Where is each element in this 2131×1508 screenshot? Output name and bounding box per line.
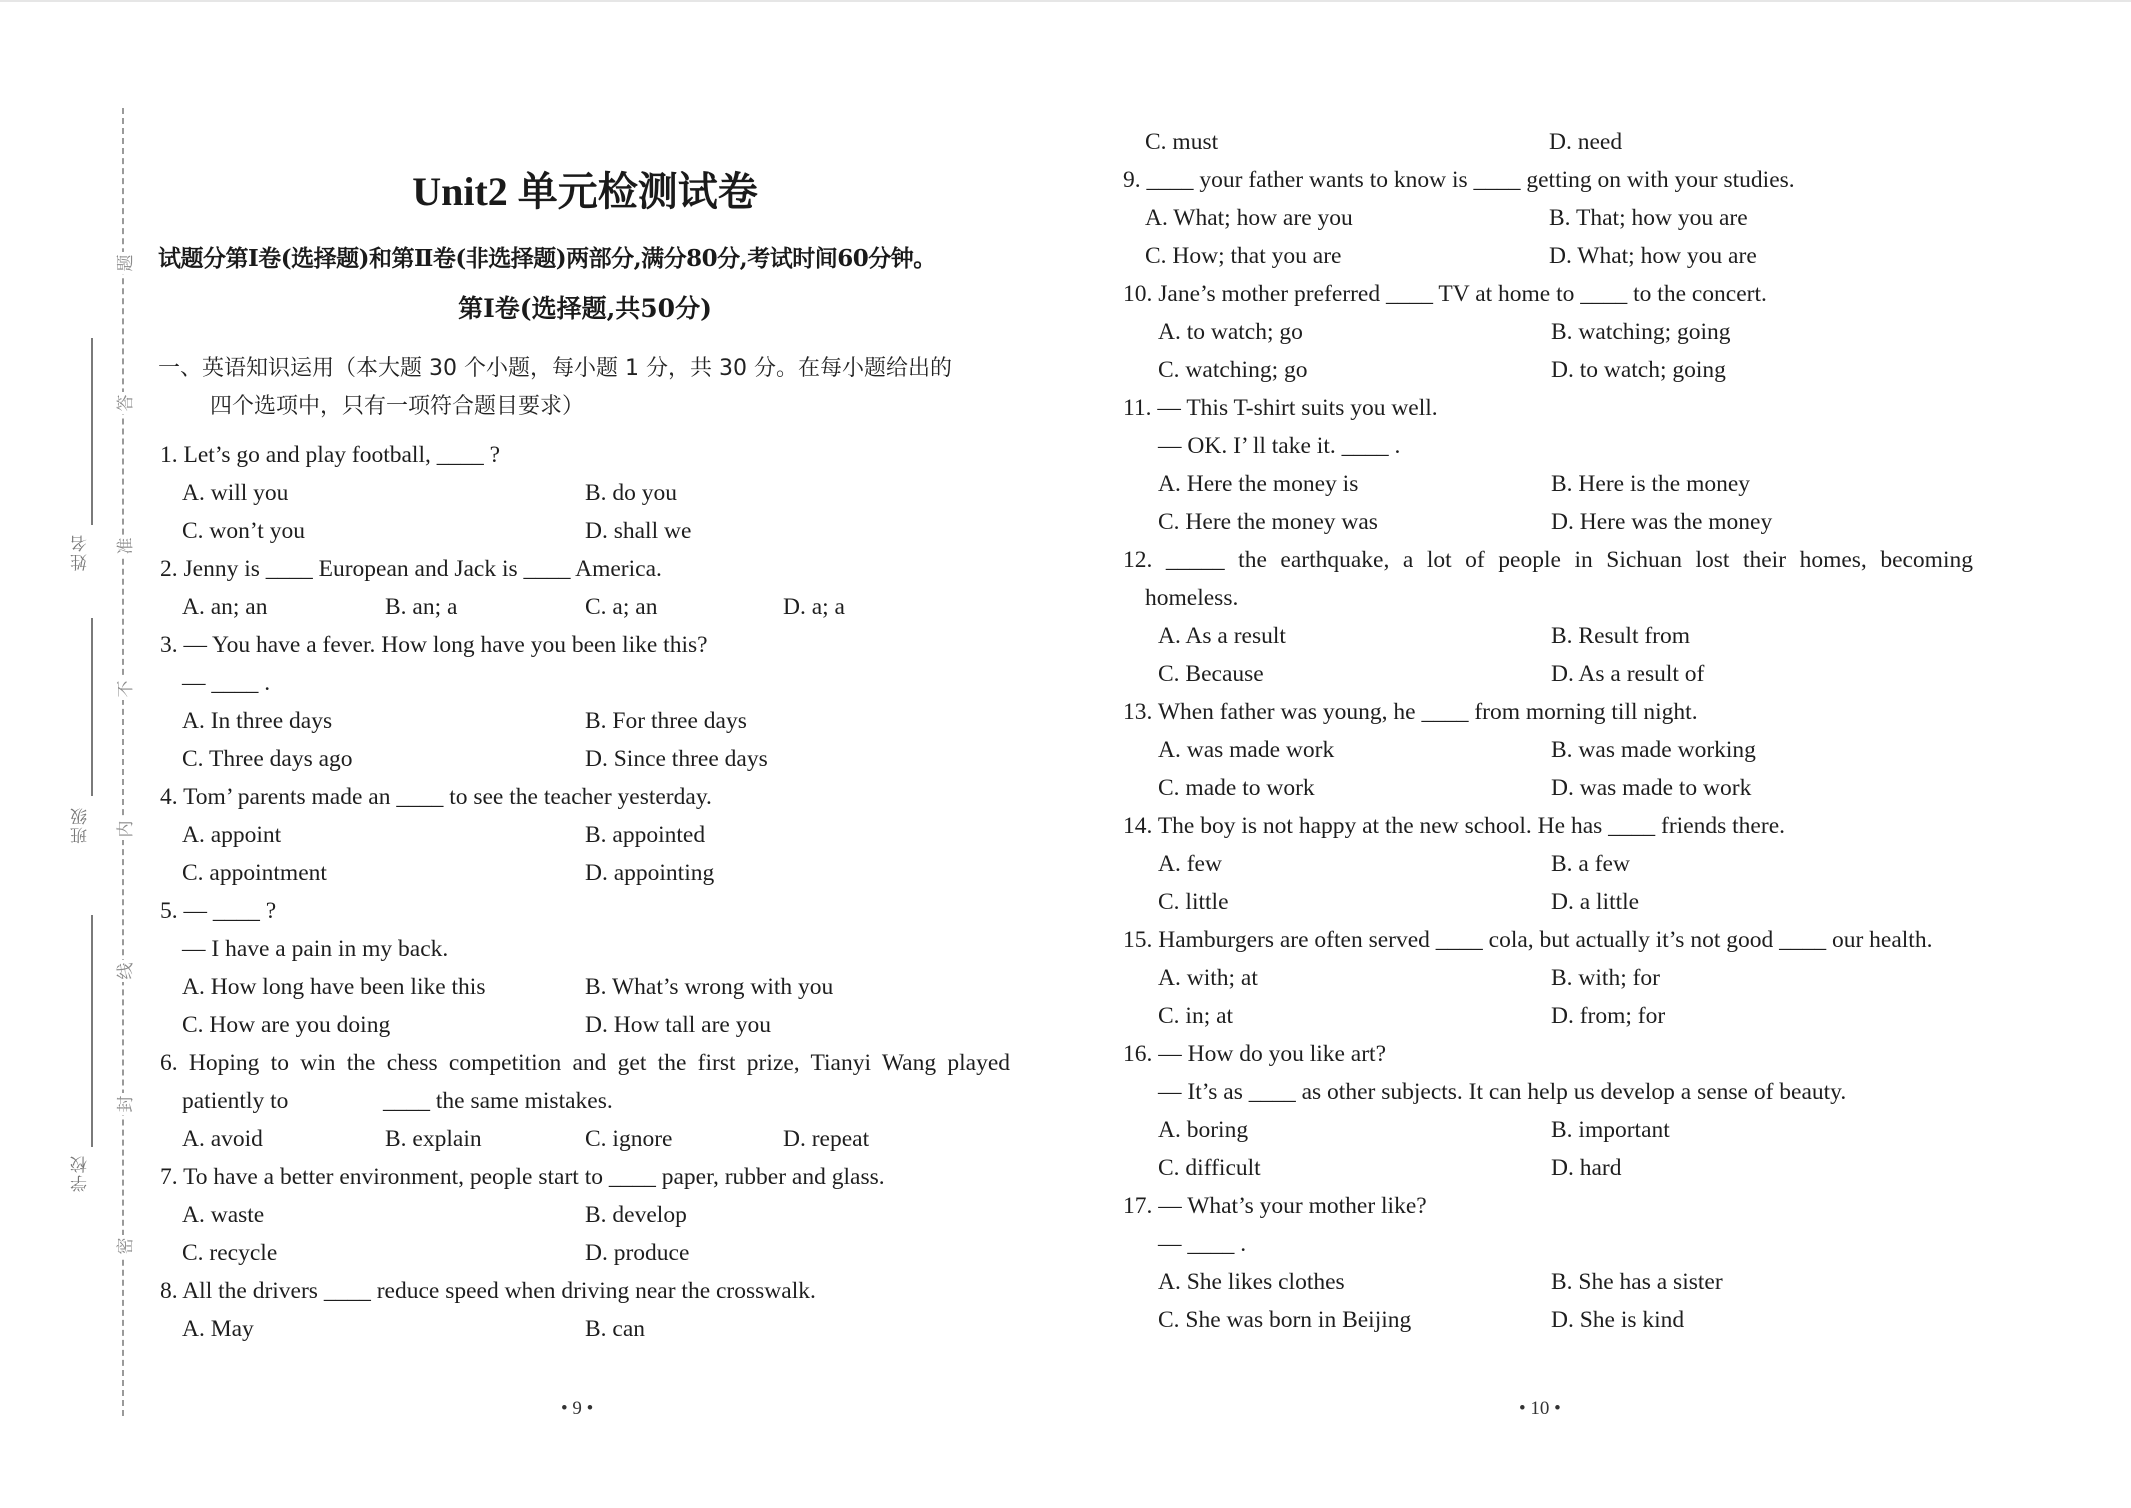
option-a[interactable]: A. Here the money is <box>1158 469 1358 499</box>
page-number-left: • 9 • <box>561 1398 593 1420</box>
option-b[interactable]: B. Here is the money <box>1551 469 1750 499</box>
option-b[interactable]: B. important <box>1551 1115 1670 1145</box>
option-c[interactable]: C. difficult <box>1158 1153 1261 1183</box>
question-stem: 17. — What’s your mother like? <box>1123 1191 1427 1221</box>
question-stem-cont-a: patiently to <box>182 1086 288 1116</box>
option-c[interactable]: C. recycle <box>182 1238 277 1268</box>
dialog-reply: — ____ . <box>1158 1229 1246 1259</box>
option-a[interactable]: A. How long have been like this <box>182 972 485 1002</box>
question-stem: 5. — ____ ? <box>160 896 276 926</box>
option-d[interactable]: D. hard <box>1551 1153 1621 1183</box>
option-c[interactable]: C. won’t you <box>182 516 305 546</box>
question-stem: 10. Jane’s mother preferred ____ TV at h… <box>1123 279 1767 309</box>
dialog-reply: — It’s as ____ as other subjects. It can… <box>1158 1077 1846 1107</box>
question-stem: 8. All the drivers ____ reduce speed whe… <box>160 1276 816 1306</box>
seal-char-mi: 密 <box>112 1235 134 1257</box>
option-d[interactable]: D. She is kind <box>1551 1305 1684 1335</box>
option-d[interactable]: D. need <box>1549 127 1622 157</box>
class-label: 班级 <box>68 806 92 844</box>
option-d[interactable]: D. repeat <box>783 1124 869 1154</box>
option-d[interactable]: D. from; for <box>1551 1001 1665 1031</box>
option-c[interactable]: C. made to work <box>1158 773 1315 803</box>
part-heading-line2: 四个选项中，只有一项符合题目要求） <box>158 388 1018 426</box>
option-a[interactable]: A. In three days <box>182 706 332 736</box>
option-b[interactable]: B. For three days <box>585 706 747 736</box>
seal-char-nei: 内 <box>112 818 134 840</box>
option-d[interactable]: D. to watch; going <box>1551 355 1726 385</box>
seal-char-feng: 封 <box>112 1093 134 1115</box>
option-a[interactable]: A. avoid <box>182 1124 263 1154</box>
option-a[interactable]: A. waste <box>182 1200 264 1230</box>
option-d[interactable]: D. As a result of <box>1551 659 1704 689</box>
school-label: 学校 <box>68 1154 92 1192</box>
option-d[interactable]: D. a little <box>1551 887 1639 917</box>
section-title: 第Ⅰ卷(选择题,共50分) <box>160 289 1010 325</box>
option-c[interactable]: C. little <box>1158 887 1229 917</box>
option-a[interactable]: A. to watch; go <box>1158 317 1303 347</box>
question-stem-cont: homeless. <box>1145 583 1238 613</box>
option-a[interactable]: A. boring <box>1158 1115 1248 1145</box>
option-a[interactable]: A. with; at <box>1158 963 1258 993</box>
option-b[interactable]: B. do you <box>585 478 677 508</box>
option-c[interactable]: C. a; an <box>585 592 657 622</box>
question-stem: 3. — You have a fever. How long have you… <box>160 630 708 660</box>
option-d[interactable]: D. produce <box>585 1238 689 1268</box>
option-a[interactable]: A. As a result <box>1158 621 1286 651</box>
option-c[interactable]: C. How are you doing <box>182 1010 390 1040</box>
question-stem: 2. Jenny is ____ European and Jack is __… <box>160 554 662 584</box>
option-b[interactable]: B. can <box>585 1314 645 1344</box>
option-d[interactable]: D. was made to work <box>1551 773 1751 803</box>
dialog-reply: — ____ . <box>182 668 270 698</box>
option-c[interactable]: C. She was born in Beijing <box>1158 1305 1411 1335</box>
option-d[interactable]: D. Here was the money <box>1551 507 1772 537</box>
option-d[interactable]: D. appointing <box>585 858 714 888</box>
option-c[interactable]: C. ignore <box>585 1124 672 1154</box>
dialog-reply: — I have a pain in my back. <box>182 934 448 964</box>
option-a[interactable]: A. May <box>182 1314 254 1344</box>
option-c[interactable]: C. Three days ago <box>182 744 353 774</box>
option-b[interactable]: B. What’s wrong with you <box>585 972 833 1002</box>
option-a[interactable]: A. was made work <box>1158 735 1334 765</box>
question-stem: 4. Tom’ parents made an ____ to see the … <box>160 782 712 812</box>
option-b[interactable]: B. develop <box>585 1200 687 1230</box>
seal-char-ti: 题 <box>112 252 134 274</box>
question-stem: 16. — How do you like art? <box>1123 1039 1386 1069</box>
option-a[interactable]: A. will you <box>182 478 288 508</box>
question-stem-cont-b: ____ the same mistakes. <box>383 1086 613 1116</box>
option-b[interactable]: B. Result from <box>1551 621 1690 651</box>
seal-char-xian: 线 <box>112 960 134 982</box>
option-b[interactable]: B. watching; going <box>1551 317 1731 347</box>
option-b[interactable]: B. That; how you are <box>1549 203 1748 233</box>
option-d[interactable]: D. shall we <box>585 516 691 546</box>
option-b[interactable]: B. a few <box>1551 849 1630 879</box>
name-fill-line[interactable] <box>91 338 93 525</box>
question-stem: 12. _____ the earthquake, a lot of peopl… <box>1123 545 1973 575</box>
option-c[interactable]: C. Here the money was <box>1158 507 1378 537</box>
option-c[interactable]: C. watching; go <box>1158 355 1307 385</box>
name-label: 姓名 <box>68 533 92 571</box>
question-stem: 7. To have a better environment, people … <box>160 1162 885 1192</box>
option-b[interactable]: B. explain <box>385 1124 482 1154</box>
option-a[interactable]: A. appoint <box>182 820 281 850</box>
question-stem: 11. — This T-shirt suits you well. <box>1123 393 1438 423</box>
page-title: Unit2 单元检测试卷 <box>160 160 1010 217</box>
option-a[interactable]: A. few <box>1158 849 1222 879</box>
part-heading: 一、英语知识运用（本大题 30 个小题，每小题 1 分，共 30 分。在每小题给… <box>158 350 1018 426</box>
seal-char-bu: 不 <box>112 678 134 700</box>
option-d[interactable]: D. How tall are you <box>585 1010 771 1040</box>
option-b[interactable]: B. was made working <box>1551 735 1756 765</box>
option-c[interactable]: C. appointment <box>182 858 327 888</box>
school-fill-line[interactable] <box>91 915 93 1147</box>
option-c[interactable]: C. How; that you are <box>1145 241 1341 271</box>
question-stem: 9. ____ your father wants to know is ___… <box>1123 165 1795 195</box>
class-fill-line[interactable] <box>91 618 93 796</box>
option-a[interactable]: A. She likes clothes <box>1158 1267 1345 1297</box>
page-number-right: • 10 • <box>1519 1398 1561 1420</box>
seal-dashed-line <box>122 108 124 1416</box>
exam-info: 试题分第Ⅰ卷(选择题)和第Ⅱ卷(非选择题)两部分,满分80分,考试时间60分钟。 <box>158 240 936 273</box>
option-b[interactable]: B. appointed <box>585 820 705 850</box>
option-c[interactable]: C. must <box>1145 127 1218 157</box>
question-stem: 6. Hoping to win the chess competition a… <box>160 1048 1010 1078</box>
part-heading-line1: 一、英语知识运用（本大题 30 个小题，每小题 1 分，共 30 分。在每小题给… <box>158 356 952 381</box>
option-c[interactable]: C. in; at <box>1158 1001 1233 1031</box>
option-d[interactable]: D. a; a <box>783 592 845 622</box>
option-a[interactable]: A. What; how are you <box>1145 203 1353 233</box>
option-d[interactable]: D. What; how you are <box>1549 241 1757 271</box>
option-b[interactable]: B. with; for <box>1551 963 1660 993</box>
question-stem: 13. When father was young, he ____ from … <box>1123 697 1698 727</box>
option-a[interactable]: A. an; an <box>182 592 268 622</box>
option-b[interactable]: B. an; a <box>385 592 457 622</box>
option-b[interactable]: B. She has a sister <box>1551 1267 1723 1297</box>
question-stem: 14. The boy is not happy at the new scho… <box>1123 811 1785 841</box>
seal-char-da: 答 <box>112 392 134 414</box>
dialog-reply: — OK. I’ ll take it. ____ . <box>1158 431 1400 461</box>
question-stem: 15. Hamburgers are often served ____ col… <box>1123 925 1932 955</box>
seal-char-zhun: 准 <box>112 535 134 557</box>
option-d[interactable]: D. Since three days <box>585 744 768 774</box>
option-c[interactable]: C. Because <box>1158 659 1264 689</box>
question-stem: 1. Let’s go and play football, ____ ? <box>160 440 500 470</box>
top-edge-rule <box>0 0 2131 2</box>
